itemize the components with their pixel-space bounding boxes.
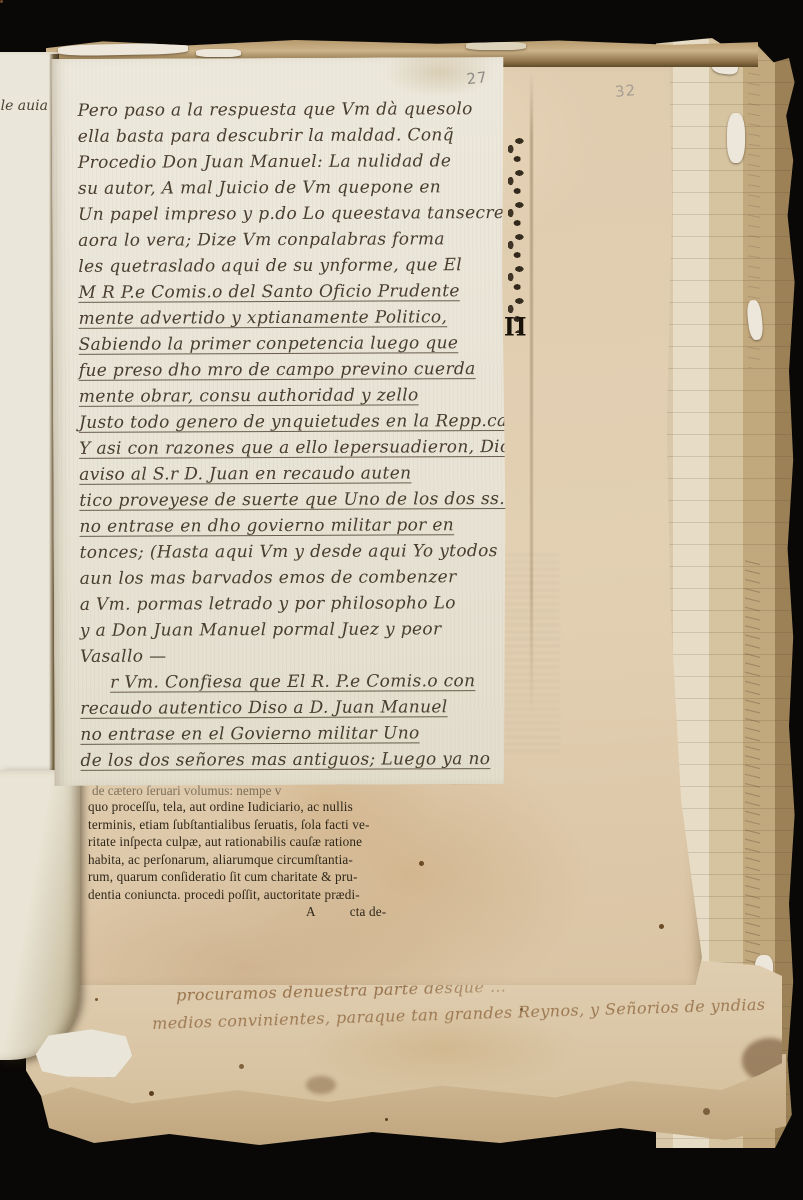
margin-fragments: e se le auiao manuelantesrmalen los tee … — [0, 98, 54, 778]
margin-fragment: e se le auia — [0, 98, 51, 125]
latin-line: terminis, etiam ſubſtantialibus ſeruatis… — [88, 816, 434, 834]
page-number-32: 32 — [614, 81, 637, 101]
latin-line: quo proceſſu, tela, aut ordine Iudiciari… — [88, 798, 434, 816]
manuscript-line: M R P.e Comis.o del Santo Oficio Prudent… — [78, 281, 498, 309]
foxing-specks — [0, 0, 3, 3]
manuscript-text: Pero paso a la respuesta que Vm dà queso… — [78, 99, 498, 127]
manuscript-line: tonces; (Hasta aqui Vm y desde aqui Yo y… — [80, 541, 500, 569]
manuscript-line: ella basta para descubrir la maldad. Con… — [78, 125, 498, 153]
latin-line: dentia coniuncta. procedi poſſit, auctor… — [88, 886, 434, 904]
latin-line: habita, ac perſonarum, aliarumque circum… — [88, 851, 434, 869]
curled-page-corner — [0, 770, 80, 1060]
show-through-text — [500, 554, 560, 754]
manuscript-line: y a Don Juan Manuel pormal Juez y peor — [80, 619, 500, 647]
manuscript-line: Procedio Don Juan Manuel: La nulidad de — [78, 151, 498, 179]
manuscript-line: Vasallo — — [80, 645, 500, 673]
manuscript-line: les quetraslado aqui de su ynforme, que … — [78, 255, 498, 283]
manuscript-line: aun los mas barvados emos de combenzer — [80, 567, 500, 595]
manuscript-line: Un papel impreso y p.do Lo queestava tan… — [78, 203, 498, 231]
catchword: cta de- — [350, 904, 387, 919]
manuscript-line: recaudo autentico Diso a D. Juan Manuel — [80, 697, 500, 725]
manuscript-page: 27 Pero paso a la respuesta que Vm dà qu… — [51, 57, 506, 786]
manuscript-line: tico proveyese de suerte que Uno de los … — [79, 489, 499, 517]
signature-mark: A — [306, 904, 316, 919]
manuscript-line: no entrase en dho govierno militar por e… — [79, 515, 499, 543]
printed-edge-mark: II — [504, 313, 528, 343]
manuscript-line: su autor, A mal Juicio de Vm quepone en — [78, 177, 498, 205]
paper-chip — [196, 49, 241, 57]
manuscript-line: a Vm. pormas letrado y por philosopho Lo — [80, 593, 500, 621]
manuscript-line: aora lo vera; Dize Vm conpalabras forma — [78, 229, 498, 257]
latin-text-block: quo proceſſu, tela, aut ordine Iudiciari… — [88, 798, 434, 921]
manuscript-line: mente advertido y xptianamente Politico, — [79, 307, 499, 335]
latin-line: ritate inſpecta culpæ, aut rationabilis … — [88, 833, 434, 851]
signature-line: Acta de- — [88, 903, 434, 921]
page-number-27: 27 — [465, 68, 488, 88]
latin-line: rum, quarum conſideratio ſit cum charita… — [88, 868, 434, 886]
manuscript-line: Justo todo genero de ynquietudes en la R… — [79, 411, 499, 439]
paper-chip — [466, 42, 526, 50]
floral-ornament-icon — [504, 133, 526, 333]
manuscript-line: r Vm. Confiesa que El R. P.e Comis.o con — [80, 671, 500, 699]
ink-blotch — [306, 1076, 336, 1094]
paper-chip — [727, 113, 745, 163]
manuscript-line: fue preso dho mro de campo previno cuerd… — [79, 359, 499, 387]
manuscript-line: no entrase en el Govierno militar Uno — [80, 723, 500, 751]
manuscript-line: mente obrar, consu authoridad y zello — [79, 385, 499, 413]
manuscript-line: Pero paso a la respuesta que Vm dà queso… — [78, 99, 498, 127]
paper-chip — [58, 43, 188, 56]
manuscript-line: aviso al S.r D. Juan en recaudo auten — [79, 463, 499, 491]
manuscript-line: Y asi con razones que a ello lepersuadie… — [79, 437, 499, 465]
manuscript-line: de los dos señores mas antiguos; Luego y… — [80, 749, 500, 777]
photo-backdrop: procuramos denuestra parte desque … medi… — [0, 0, 803, 1200]
manuscript-line: Sabiendo la primer conpetencia luego que — [79, 333, 499, 361]
